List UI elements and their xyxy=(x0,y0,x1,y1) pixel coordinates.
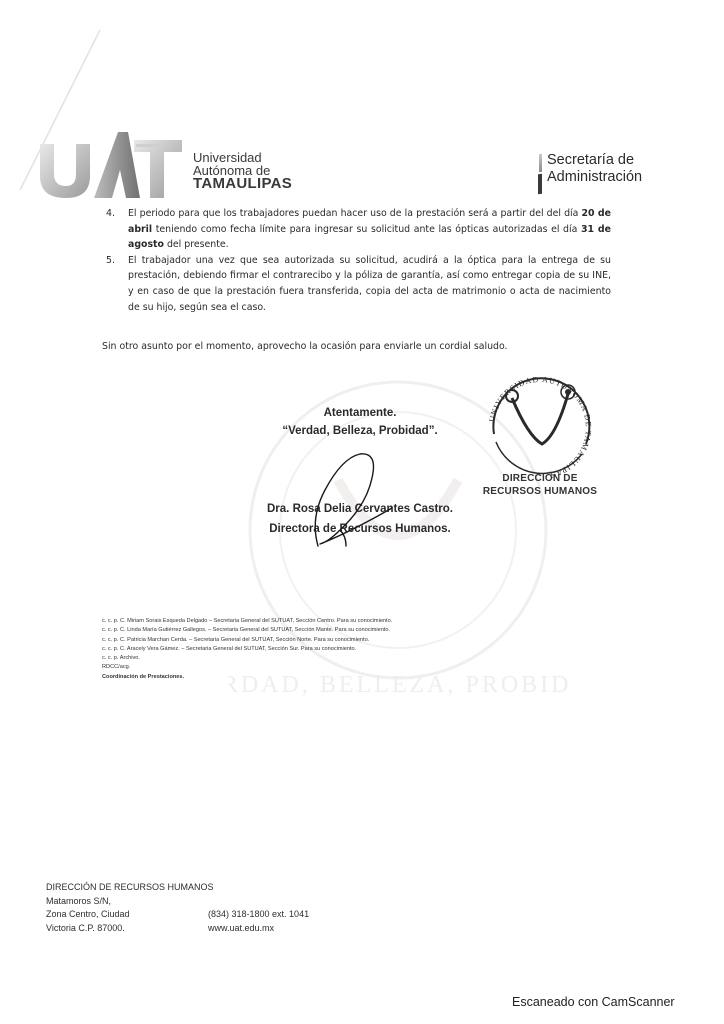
handwritten-signature xyxy=(280,448,430,548)
motto: “Verdad, Belleza, Probidad”. xyxy=(230,422,490,440)
stamp-label-line1: DIRECCIÓN DE xyxy=(460,472,620,485)
footer-address-line3: Victoria C.P. 87000. xyxy=(46,922,214,936)
cc-line: c. c. p. C. Linda María Gutiérrez Galleg… xyxy=(102,626,392,635)
department-logo-bars-icon xyxy=(538,154,544,194)
cc-list: c. c. p. C. Miriam Sorais Esqueda Delgad… xyxy=(102,617,392,682)
scanner-watermark: Escaneado con CamScanner xyxy=(512,995,675,1009)
footer-department: DIRECCIÓN DE RECURSOS HUMANOS xyxy=(46,881,214,895)
department-name-line1: Secretaría de xyxy=(547,152,642,169)
list-item-text: El periodo para que los trabajadores pue… xyxy=(128,208,582,219)
list-item-text: teniendo como fecha límite para ingresar… xyxy=(152,224,581,235)
footer-contact: (834) 318-1800 ext. 1041 www.uat.edu.mx xyxy=(208,908,309,935)
svg-text:UNIVERSIDAD AUTONOMA DE TAMAUL: UNIVERSIDAD AUTONOMA DE TAMAULIPAS xyxy=(487,375,593,480)
closing-paragraph: Sin otro asunto por el momento, aprovech… xyxy=(102,341,508,352)
cc-line: c. c. p. C. Patricia Marchan Cerda. – Se… xyxy=(102,636,392,645)
stamp-label-line2: RECURSOS HUMANOS xyxy=(460,485,620,498)
cc-line: c. c. p. C. Miriam Sorais Esqueda Delgad… xyxy=(102,617,392,626)
footer-phone: (834) 318-1800 ext. 1041 xyxy=(208,908,309,922)
numbered-list: 4. El periodo para que los trabajadores … xyxy=(105,206,611,315)
initials: RDCC/acg. xyxy=(102,663,392,672)
uat-logo-mark-icon xyxy=(36,130,186,200)
list-item-text: del presente. xyxy=(164,239,229,250)
university-logo: Universidad Autónoma de TAMAULIPAS xyxy=(36,130,336,200)
footer-address-line2: Zona Centro, Ciudad xyxy=(46,908,214,922)
list-item-text: El trabajador una vez que sea autorizada… xyxy=(128,255,611,313)
stamp-label: DIRECCIÓN DE RECURSOS HUMANOS xyxy=(460,472,620,498)
salutation: Atentamente. xyxy=(230,404,490,422)
list-item-number: 5. xyxy=(106,253,115,269)
coordination-label: Coordinación de Prestaciones. xyxy=(102,673,392,682)
department-logo: Secretaría de Administración xyxy=(538,152,718,196)
cc-line: c. c. p. Archivo. xyxy=(102,654,392,663)
salutation-block: Atentamente. “Verdad, Belleza, Probidad”… xyxy=(230,404,490,440)
footer-address-line1: Matamoros S/N, xyxy=(46,895,214,909)
footer-website: www.uat.edu.mx xyxy=(208,922,309,936)
footer-address: DIRECCIÓN DE RECURSOS HUMANOS Matamoros … xyxy=(46,881,214,935)
university-name-line3: TAMAULIPAS xyxy=(193,178,292,191)
list-item-5: 5. El trabajador una vez que sea autoriz… xyxy=(105,253,611,315)
department-name-line2: Administración xyxy=(547,169,642,186)
list-item-number: 4. xyxy=(106,206,115,222)
list-item-4: 4. El periodo para que los trabajadores … xyxy=(105,206,611,253)
cc-line: c. c. p. C. Aracely Vera Gámez. – Secret… xyxy=(102,645,392,654)
